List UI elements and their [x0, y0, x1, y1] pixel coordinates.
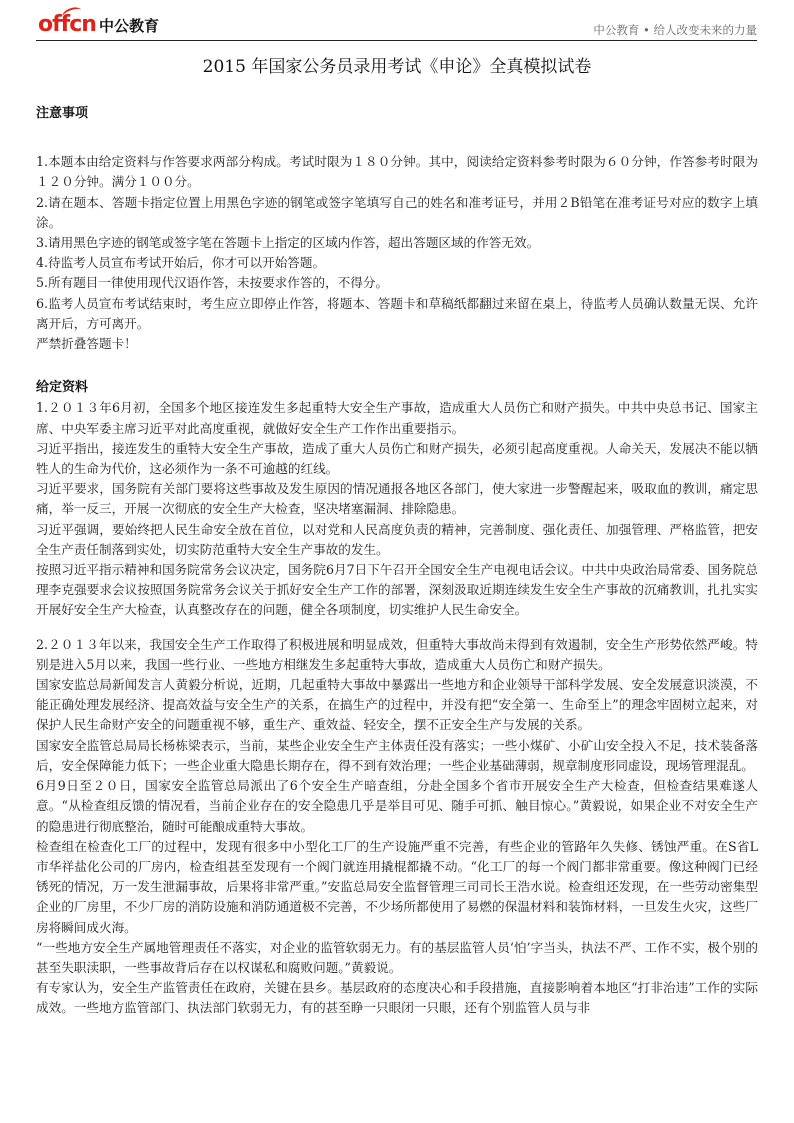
- material-paragraph: “一些地方安全生产属地管理责任不落实，对企业的监管软弱无力。有的基层监管人员‘怕…: [36, 938, 758, 978]
- notice-list: 1.本题本由给定资料与作答要求两部分构成。考试时限为１８０分钟。其中，阅读给定资…: [36, 152, 758, 354]
- notice-item: 5.所有题目一律使用现代汉语作答，未按要求作答的，不得分。: [36, 273, 758, 293]
- notice-item: 3.请用黑色字迹的钢笔或签字笔在答题卡上指定的区域内作答，超出答题区域的作答无效…: [36, 233, 758, 253]
- material-paragraph: 有专家认为，安全生产监管责任在政府，关键在县乡。基层政府的态度决心和手段措施，直…: [36, 978, 758, 1018]
- materials-section-2: 2.２０１３年以来，我国安全生产工作取得了积极进展和明显成效，但重特大事故尚未得…: [36, 635, 758, 1019]
- notice-item: 6.监考人员宣布考试结束时，考生应立即停止作答，将题本、答题卡和草稿纸都翻过来留…: [36, 294, 758, 334]
- material-paragraph: 按照习近平指示精神和国务院常务会议决定，国务院6月7日下午召开全国安全生产电视电…: [36, 560, 758, 621]
- material-paragraph: 1.２０１３年6月初，全国多个地区接连发生多起重特大安全生产事故，造成重大人员伤…: [36, 398, 758, 438]
- notice-warning: 严禁折叠答题卡！: [36, 334, 758, 354]
- document-title: 2015 年国家公务员录用考试《申论》全真模拟试卷: [0, 52, 794, 77]
- offcn-logo: offcn 中公教育: [38, 14, 159, 36]
- spacer: [36, 124, 758, 152]
- logo-chinese-name: 中公教育: [99, 16, 159, 36]
- materials-section-1: 1.２０１３年6月初，全国多个地区接连发生多起重特大安全生产事故，造成重大人员伤…: [36, 398, 758, 620]
- notice-item: 1.本题本由给定资料与作答要求两部分构成。考试时限为１８０分钟。其中，阅读给定资…: [36, 152, 758, 192]
- material-paragraph: 检查组在检查化工厂的过程中，发现有很多中小型化工厂的生产设施严重不完善，有些企业…: [36, 837, 758, 938]
- material-paragraph: 国家安监总局新闻发言人黄毅分析说，近期，几起重特大事故中暴露出一些地方和企业领导…: [36, 675, 758, 736]
- page-header: offcn 中公教育 中公教育 • 给人改变未来的力量: [36, 12, 757, 41]
- material-paragraph: 2.２０１３年以来，我国安全生产工作取得了积极进展和明显成效，但重特大事故尚未得…: [36, 635, 758, 675]
- material-paragraph: 6月9日至２０日，国家安全监管总局派出了6个安全生产暗查组，分赴全国多个省市开展…: [36, 776, 758, 837]
- material-paragraph: 习近平强调，要始终把人民生命安全放在首位，以对党和人民高度负责的精神，完善制度、…: [36, 520, 758, 560]
- materials-heading: 给定资料: [36, 378, 758, 398]
- material-paragraph: 习近平指出，接连发生的重特大安全生产事故，造成了重大人员伤亡和财产损失，必须引起…: [36, 439, 758, 479]
- header-slogan: 中公教育 • 给人改变未来的力量: [593, 22, 757, 38]
- notice-heading: 注意事项: [36, 104, 758, 124]
- material-paragraph: 国家安全监管总局局长杨栋梁表示，当前，某些企业安全生产主体责任没有落实；一些小煤…: [36, 736, 758, 776]
- notice-item: 4.待监考人员宣布考试开始后，你才可以开始答题。: [36, 253, 758, 273]
- spacer: [36, 621, 758, 635]
- notice-item: 2.请在题本、答题卡指定位置上用黑色字迹的钢笔或签字笔填写自己的姓名和准考证号，…: [36, 193, 758, 233]
- document-body: 注意事项 1.本题本由给定资料与作答要求两部分构成。考试时限为１８０分钟。其中，…: [36, 104, 758, 1019]
- material-paragraph: 习近平要求，国务院有关部门要将这些事故及发生原因的情况通报各地区各部门，使大家进…: [36, 479, 758, 519]
- spacer: [36, 354, 758, 378]
